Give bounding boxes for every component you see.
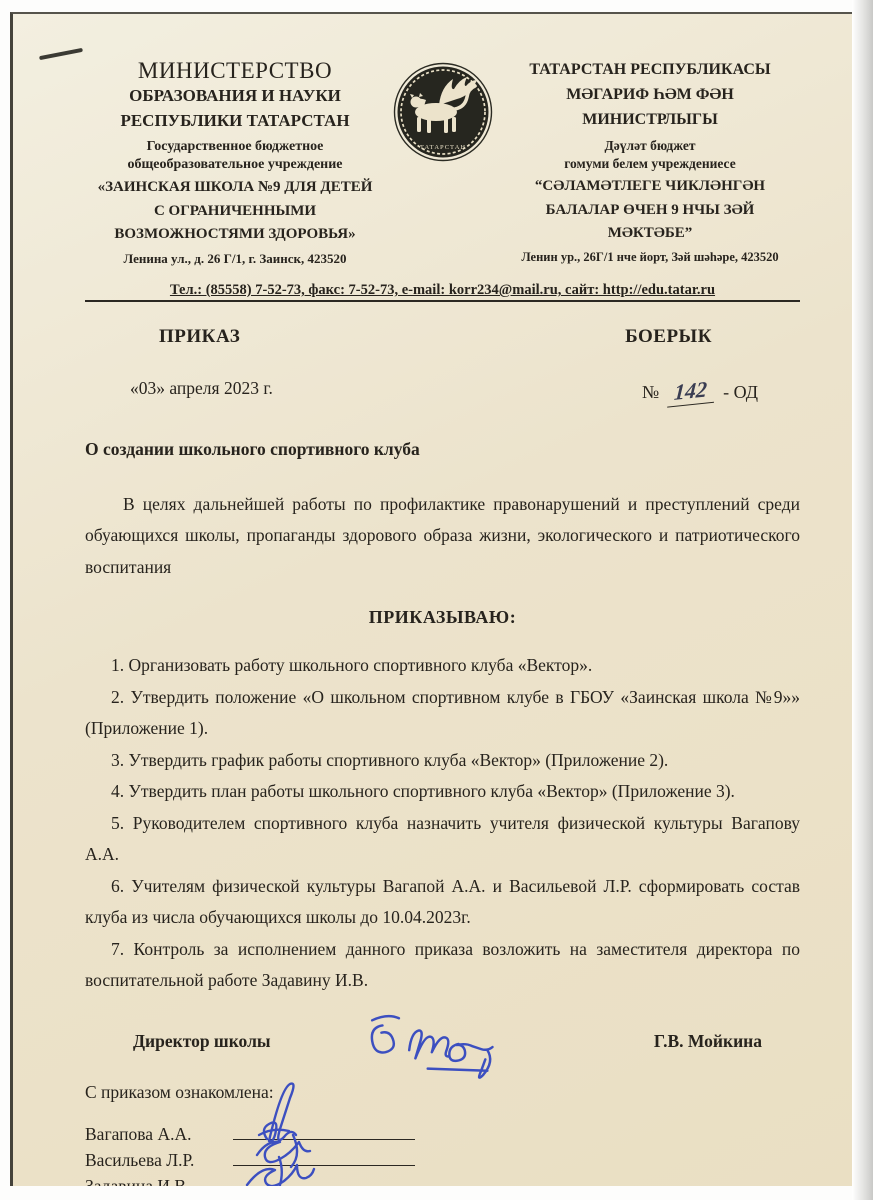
document-page: МИНИСТЕРСТВО ОБРАЗОВАНИЯ И НАУКИ РЕСПУБЛ… <box>10 12 852 1186</box>
address-ru: Ленина ул., д. 26 Г/1, г. Заинск, 423520 <box>85 251 385 267</box>
ack-row: Васильева Л.Р. <box>85 1147 800 1173</box>
ack-row: Задавина И.В. <box>85 1173 800 1186</box>
signature-line <box>233 1173 415 1186</box>
number-suffix: - ОД <box>723 382 758 402</box>
date-number-row: «03» апреля 2023 г. № 142 - ОД <box>85 378 800 405</box>
emblem-caption: ТАТАРСТАН <box>419 144 465 151</box>
ministry-name-ru: МИНИСТЕРСТВО <box>85 58 385 84</box>
ministry-name-tt: ТАТАРСТАН РЕСПУБЛИКАСЫ МӘГАРИФ ҺӘМ ФӘН М… <box>500 58 800 132</box>
ack-name: Задавина И.В. <box>85 1176 233 1186</box>
order-number: № 142 - ОД <box>642 378 758 405</box>
order-item: 7. Контроль за исполнением данного прика… <box>85 934 800 997</box>
letterhead-russian: МИНИСТЕРСТВО ОБРАЗОВАНИЯ И НАУКИ РЕСПУБЛ… <box>85 58 385 267</box>
director-signature-icon <box>353 1009 523 1081</box>
order-item: 3. Утвердить график работы спортивного к… <box>85 745 800 777</box>
command-word: ПРИКАЗЫВАЮ: <box>85 607 800 628</box>
order-date: «03» апреля 2023 г. <box>130 378 273 405</box>
contact-line: Тел.: (85558) 7-52-73, факс: 7-52-73, e-… <box>85 282 800 302</box>
ministry-name-ru: ОБРАЗОВАНИЯ И НАУКИ <box>85 84 385 109</box>
order-title-tt: БОЕРЫК <box>625 326 712 348</box>
ack-name: Васильева Л.Р. <box>85 1150 233 1171</box>
order-item: 5. Руководителем спортивного клуба назна… <box>85 808 800 871</box>
address-tt: Ленин ур., 26Г/1 нче йорт, Зәй шәһәре, 4… <box>500 250 800 265</box>
emblem-container: ТАТАРСТАН <box>385 58 500 162</box>
signature-line <box>233 1121 415 1140</box>
ack-name: Вагапова А.А. <box>85 1124 233 1145</box>
order-item: 4. Утвердить план работы школьного спорт… <box>85 776 800 808</box>
acknowledgement-label: С приказом ознакомлена: <box>85 1082 800 1103</box>
director-signature-row: Директор школы Г.В. Мойкина <box>85 1031 800 1052</box>
ministry-name-ru: РЕСПУБЛИКИ ТАТАРСТАН <box>85 109 385 134</box>
scan-edge-shadow <box>852 0 873 1200</box>
pen-mark <box>39 48 83 60</box>
signature-line <box>233 1147 415 1166</box>
acknowledgement-list: Вагапова А.А. Васильева Л.Р. Задавина И.… <box>85 1121 800 1186</box>
order-preamble: В целях дальнейшей работы по профилактик… <box>85 489 800 584</box>
letterhead-tatar: ТАТАРСТАН РЕСПУБЛИКАСЫ МӘГАРИФ ҺӘМ ФӘН М… <box>500 58 800 265</box>
order-titles: ПРИКАЗ БОЕРЫК <box>85 326 800 348</box>
number-sign: № <box>642 382 659 402</box>
scanned-order-document: МИНИСТЕРСТВО ОБРАЗОВАНИЯ И НАУКИ РЕСПУБЛ… <box>0 0 873 1200</box>
order-item: 2. Утвердить положение «О школьном спорт… <box>85 682 800 745</box>
order-title-ru: ПРИКАЗ <box>159 326 240 348</box>
school-name-ru: «ЗАИНСКАЯ ШКОЛА №9 ДЛЯ ДЕТЕЙ С ОГРАНИЧЕН… <box>85 176 385 246</box>
order-item: 6. Учителям физической культуры Вагапой … <box>85 871 800 934</box>
handwritten-order-number: 142 <box>667 375 716 407</box>
director-name: Г.В. Мойкина <box>654 1031 762 1052</box>
org-type-ru: Государственное бюджетное общеобразовате… <box>85 138 385 173</box>
director-label: Директор школы <box>133 1031 271 1052</box>
school-name-tt: “СӘЛАМӘТЛЕГЕ ЧИКЛӘНГӘН БАЛАЛАР ӨЧЕН 9 НЧ… <box>500 175 800 245</box>
ack-row: Вагапова А.А. <box>85 1121 800 1147</box>
order-items: 1. Организовать работу школьного спортив… <box>85 650 800 997</box>
order-item: 1. Организовать работу школьного спортив… <box>85 650 800 682</box>
order-subject: О создании школьного спортивного клуба <box>85 435 445 465</box>
ack-signature-icon <box>237 1069 347 1147</box>
org-type-tt: Дәүләт бюджет гомуми белем учреждениесе <box>500 137 800 172</box>
tatarstan-emblem-icon: ТАТАРСТАН <box>393 62 493 162</box>
letterhead: МИНИСТЕРСТВО ОБРАЗОВАНИЯ И НАУКИ РЕСПУБЛ… <box>85 58 800 267</box>
